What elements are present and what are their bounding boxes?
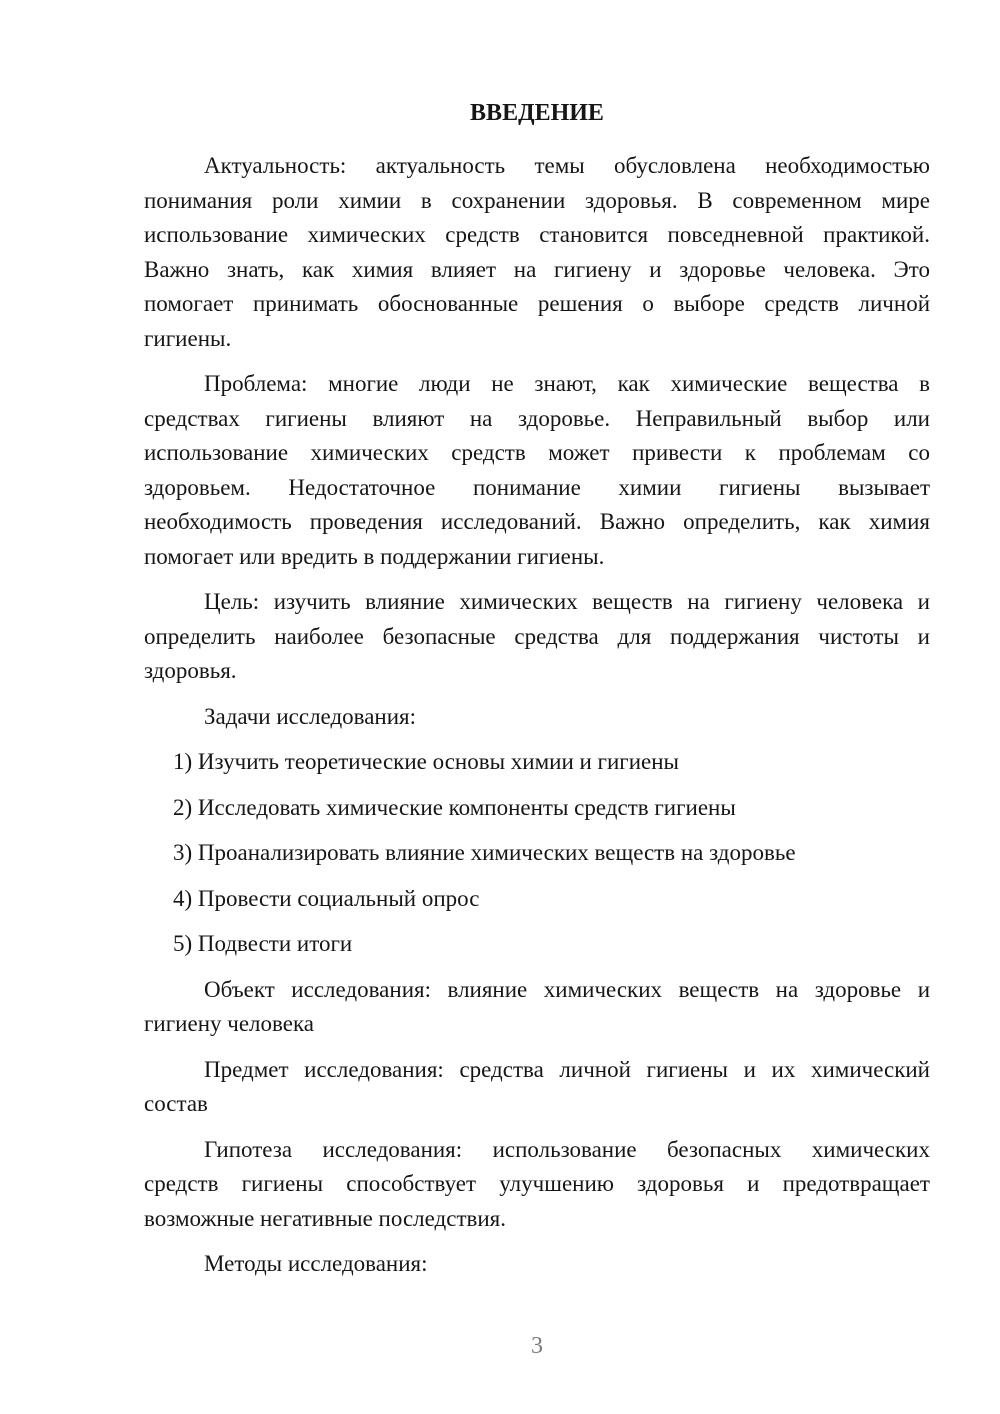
- task-item-1: 1) Изучить теоретические основы химии и …: [144, 745, 930, 780]
- paragraph-metody-heading: Методы исследования:: [144, 1247, 930, 1282]
- text-line: Предмет исследования: средства личной ги…: [144, 1053, 930, 1088]
- text-line: Актуальность: актуальность темы обусловл…: [144, 149, 930, 184]
- list-item: 3) Проанализировать влияние химических в…: [144, 836, 930, 871]
- paragraph-predmet: Предмет исследования: средства личной ги…: [144, 1053, 930, 1122]
- page-title: ВВЕДЕНИЕ: [144, 96, 930, 131]
- list-item: 2) Исследовать химические компоненты сре…: [144, 791, 930, 826]
- text-line: помогает принимать обоснованные решения …: [144, 287, 930, 322]
- paragraph-obekt: Объект исследования: влияние химических …: [144, 973, 930, 1042]
- text-line: понимания роли химии в сохранении здоров…: [144, 184, 930, 219]
- paragraph-zadachi-heading: Задачи исследования:: [144, 700, 930, 735]
- text-line: Важно знать, как химия влияет на гигиену…: [144, 253, 930, 288]
- list-item: 1) Изучить теоретические основы химии и …: [144, 745, 930, 780]
- text-line: определить наиболее безопасные средства …: [144, 620, 930, 655]
- task-item-4: 4) Провести социальный опрос: [144, 882, 930, 917]
- list-item: 5) Подвести итоги: [144, 927, 930, 962]
- task-item-3: 3) Проанализировать влияние химических в…: [144, 836, 930, 871]
- document-page: ВВЕДЕНИЕ Актуальность: актуальность темы…: [0, 0, 1000, 1414]
- text-line: использование химических средств станови…: [144, 218, 930, 253]
- text-line: средствах гигиены влияют на здоровье. Не…: [144, 402, 930, 437]
- text-line: возможные негативные последствия.: [144, 1202, 930, 1237]
- text-line: Цель: изучить влияние химических веществ…: [144, 585, 930, 620]
- text-line: гигиену человека: [144, 1007, 930, 1042]
- text-line: Задачи исследования:: [144, 700, 930, 735]
- paragraph-gipoteza: Гипотеза исследования: использование без…: [144, 1133, 930, 1237]
- text-line: гигиены.: [144, 322, 930, 357]
- paragraph-tsel: Цель: изучить влияние химических веществ…: [144, 585, 930, 689]
- text-line: необходимость проведения исследований. В…: [144, 505, 930, 540]
- page-number: 3: [144, 1331, 930, 1361]
- text-line: средств гигиены способствует улучшению з…: [144, 1167, 930, 1202]
- text-line: Гипотеза исследования: использование без…: [144, 1133, 930, 1168]
- text-line: здоровья.: [144, 654, 930, 689]
- paragraph-problema: Проблема: многие люди не знают, как хими…: [144, 367, 930, 574]
- text-line: помогает или вредить в поддержании гигие…: [144, 540, 930, 575]
- list-item: 4) Провести социальный опрос: [144, 882, 930, 917]
- task-item-5: 5) Подвести итоги: [144, 927, 930, 962]
- text-line: использование химических средств может п…: [144, 436, 930, 471]
- document-content: ВВЕДЕНИЕ Актуальность: актуальность темы…: [144, 96, 930, 1293]
- text-line: Объект исследования: влияние химических …: [144, 973, 930, 1008]
- text-line: состав: [144, 1087, 930, 1122]
- text-line: Методы исследования:: [144, 1247, 930, 1282]
- task-item-2: 2) Исследовать химические компоненты сре…: [144, 791, 930, 826]
- paragraph-aktualnost: Актуальность: актуальность темы обусловл…: [144, 149, 930, 356]
- text-line: здоровьем. Недостаточное понимание химии…: [144, 471, 930, 506]
- text-line: Проблема: многие люди не знают, как хими…: [144, 367, 930, 402]
